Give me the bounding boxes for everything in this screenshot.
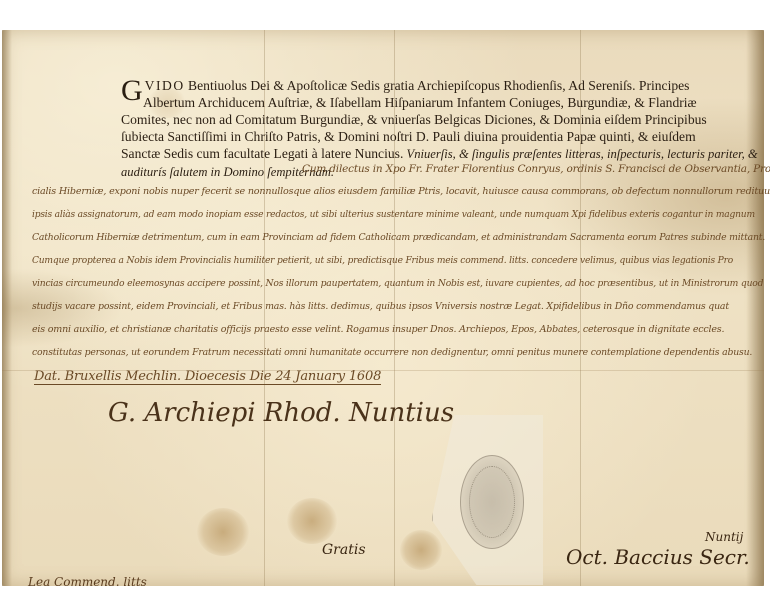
name-caps: VIDO bbox=[145, 78, 185, 93]
worn-right-edge bbox=[746, 30, 764, 586]
stain-spot bbox=[287, 498, 337, 544]
secretary-superscript: Nuntij bbox=[705, 530, 743, 544]
date-text: Dat. Bruxellis Mechlin. Dioecesis Die 24… bbox=[34, 369, 381, 385]
stain-spot bbox=[400, 530, 442, 570]
stain-spot bbox=[197, 508, 249, 556]
secretary-signature: Oct. Baccius Secr. bbox=[566, 545, 750, 569]
wax-seal bbox=[460, 455, 524, 549]
gratis-mark: Gratis bbox=[322, 542, 366, 558]
manuscript-line-13: eis omni auxilio, et christianæ charitat… bbox=[32, 319, 724, 341]
worn-left-edge bbox=[2, 30, 12, 586]
manuscript-line-7: cialis Hiberniæ, exponi nobis nuper fece… bbox=[32, 181, 770, 203]
nuncio-signature: G. Archiepi Rhod. Nuntius bbox=[108, 398, 454, 428]
bottom-left-note: Lea Commend. litts bbox=[28, 575, 147, 589]
printed-heading-line-2: Albertum Archiducem Auſtriæ, & Iſabellam… bbox=[143, 94, 697, 111]
manuscript-line-10: Cumque propterea a Nobis idem Provincial… bbox=[32, 250, 733, 272]
manuscript-line-8: ipsis aliàs assignatorum, ad eam modo in… bbox=[32, 204, 755, 226]
drop-cap: G bbox=[121, 77, 143, 105]
manuscript-line-9: Catholicorum Hiberniæ detrimentum, cum i… bbox=[32, 227, 765, 249]
manuscript-line-11: vincias circumeundo eleemosynas accipere… bbox=[32, 273, 763, 295]
printed-heading-line-3: Comites, nec non ad Comitatum Burgundiæ,… bbox=[121, 111, 707, 128]
manuscript-line-12: studijs vacare possint, eidem Provincial… bbox=[32, 296, 729, 318]
date-line: Dat. Bruxellis Mechlin. Dioecesis Die 24… bbox=[34, 366, 381, 388]
manuscript-line-6-continuation: Cum dilectus in Xpo Fr. Frater Florentiu… bbox=[302, 158, 770, 180]
seal-inner-ring bbox=[469, 466, 515, 538]
manuscript-line-14: constitutas personas, ut eorundem Fratru… bbox=[32, 342, 752, 364]
heading-text: Bentiuolus Dei & Apoſtolicæ Sedis gratia… bbox=[185, 78, 690, 93]
printed-heading-line-4: ſubiecta Sanctiſſimi in Chriſto Patris, … bbox=[121, 128, 696, 145]
